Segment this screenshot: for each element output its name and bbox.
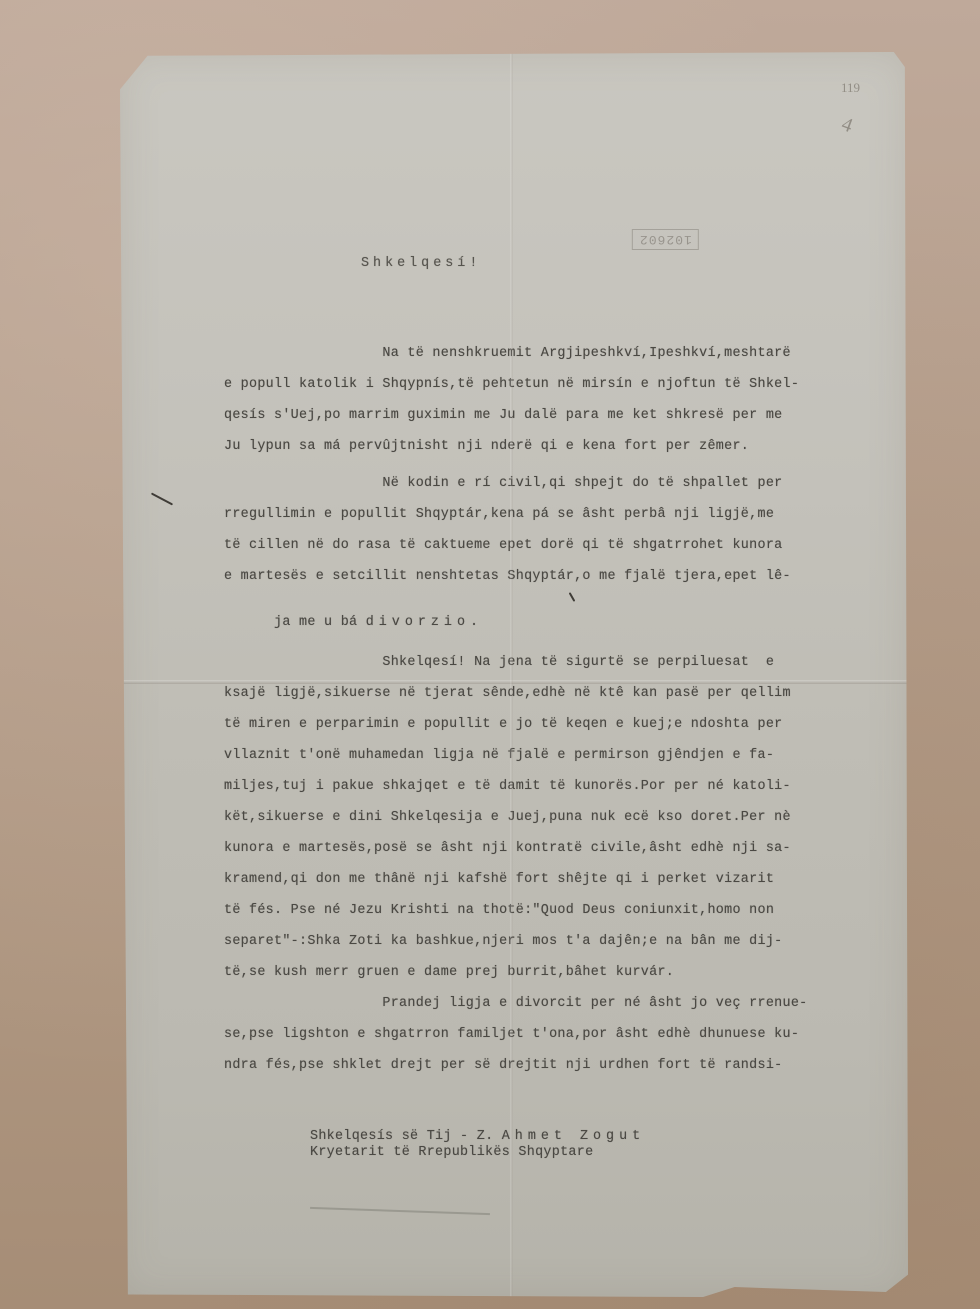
faint-handwriting [310,1207,490,1215]
body-line: qesís s'Uej,po marrim guximin me Ju dalë… [224,408,783,423]
recipient-title: Shkelqesís së Tij - Z. [310,1129,493,1144]
body-line: Prandej ligja e divorcit per né âsht jo … [224,996,808,1011]
body-line: e popull katolik i Shqypnís,të pehtetun … [224,377,799,392]
body-line: ksajë ligjë,sikuerse në tjerat sênde,edh… [224,686,791,701]
body-line: se,pse ligshton e shgatrron familjet t'o… [224,1027,799,1042]
body-line: Shkelqesí! Na jena të sigurtë se perpilu… [224,655,774,670]
archive-folio-number: 119 4 [841,80,860,96]
body-line: të,se kush merr gruen e dame prej burrit… [224,965,674,980]
recipient-line-2: Kryetarit të Rrepublikës Shqyptare [310,1145,593,1160]
body-line: kët,sikuerse e dini Shkelqesija e Juej,p… [224,810,791,825]
pen-mark [151,492,173,505]
salutation: Shkelqesí! [361,256,481,271]
folio-digit: 4 [838,113,855,138]
body-line: kunora e martesës,posë se âsht nji kontr… [224,841,791,856]
body-line: e martesës e setcillit nenshtetas Shqypt… [224,569,791,584]
body-line: Na të nenshkruemit Argjipeshkví,Ipeshkví… [224,346,791,361]
body-line: ja me u bá divorzio. [224,600,483,645]
body-line: Ju lypun sa má pervûjtnisht nji nderë qi… [224,439,749,454]
typewritten-letter-page: 119 4 102602 Shkelqesí! Na të nenshkruem… [120,52,908,1297]
recipient-name: Ahmet Zogut [502,1129,645,1144]
body-line: të miren e perparimin e popullit e jo të… [224,717,783,732]
folio-number: 119 [841,80,860,95]
body-line-text: ja me u bá [274,615,357,630]
ink-blot [569,592,576,602]
body-line: kramend,qi don me thânë nji kafshë fort … [224,872,774,887]
body-line: të fés. Pse né Jezu Krishti na thotë:"Qu… [224,903,774,918]
body-line: ndra fés,pse shklet drejt per së drejtit… [224,1058,783,1073]
archive-stamp: 102602 [632,229,699,250]
body-line: separet"-:Shka Zoti ka bashkue,njeri mos… [224,934,783,949]
body-line: Në kodin e rí civil,qi shpejt do të shpa… [224,476,783,491]
body-line: miljes,tuj i pakue shkajqet e të damit t… [224,779,791,794]
body-line: vllaznit t'onë muhamedan ligja në fjalë … [224,748,774,763]
body-line: rregullimin e popullit Shqyptár,kena pá … [224,507,774,522]
body-line: të cillen në do rasa të caktueme epet do… [224,538,783,553]
emphasized-word: divorzio. [366,615,483,630]
